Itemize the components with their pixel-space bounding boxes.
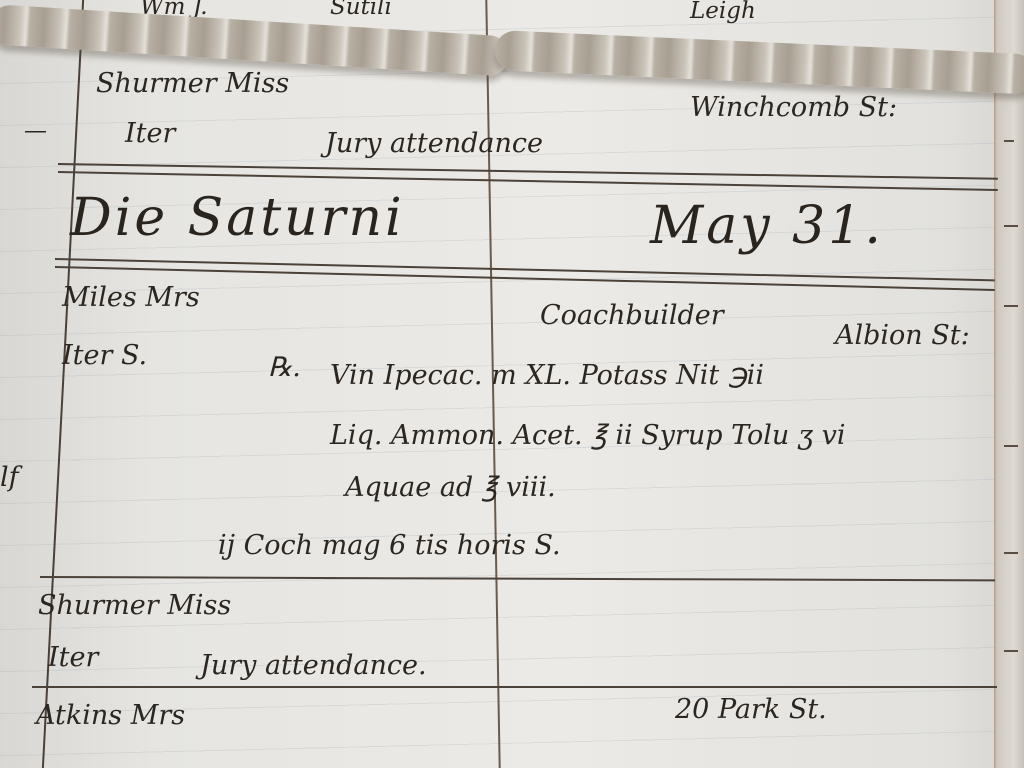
entry-2-address: Albion St: — [835, 320, 970, 351]
edge-tick — [1004, 650, 1018, 652]
top-fragment-mid: Sutili — [330, 0, 392, 20]
rx-line-3: Aquae ad ℥ viii. — [345, 472, 556, 503]
rx-symbol: ℞. — [268, 352, 301, 383]
margin-note-lf: lf — [0, 462, 19, 493]
cord-bookmark — [494, 30, 1024, 94]
entry-1-text: Jury attendance — [325, 128, 543, 159]
entry-1-name: Shurmer Miss — [96, 68, 289, 99]
rx-line-4: ij Coch mag 6 tis horis S. — [218, 530, 561, 561]
top-fragment-right: Leigh — [690, 0, 756, 24]
date-heading-date: May 31. — [650, 196, 884, 256]
date-heading-day: Die Saturni — [70, 188, 405, 248]
rx-line-2: Liq. Ammon. Acet. ℥ ii Syrup Tolu ʒ vi — [330, 420, 846, 451]
page-edge — [994, 0, 1024, 768]
entry-3-name: Shurmer Miss — [38, 590, 231, 621]
entry-4-name: Atkins Mrs — [36, 700, 185, 731]
edge-tick — [1004, 140, 1014, 142]
entry-3-label: Iter — [48, 642, 98, 673]
edge-tick — [1004, 552, 1018, 554]
margin-note-dash: — — [24, 118, 47, 144]
divider-top-1 — [58, 163, 998, 180]
entry-2-occupation: Coachbuilder — [540, 300, 724, 331]
entry-3-text: Jury attendance. — [200, 650, 427, 681]
edge-tick — [1004, 445, 1018, 447]
divider-mid — [40, 576, 995, 581]
rx-line-1: Vin Ipecac. m XL. Potass Nit ℈ii — [330, 360, 764, 391]
entry-2-label: Iter S. — [62, 340, 147, 371]
entry-4-address: 20 Park St. — [675, 694, 827, 725]
entry-1-label: Iter — [125, 118, 175, 149]
entry-1-address: Winchcomb St: — [690, 92, 897, 123]
divider-lower — [32, 686, 997, 688]
edge-tick — [1004, 305, 1018, 307]
edge-tick — [1004, 225, 1018, 227]
entry-2-name: Miles Mrs — [62, 282, 200, 313]
register-page: Wm J. Sutili Leigh Shurmer Miss Winchcom… — [0, 0, 1024, 768]
cord-bookmark — [0, 4, 510, 77]
